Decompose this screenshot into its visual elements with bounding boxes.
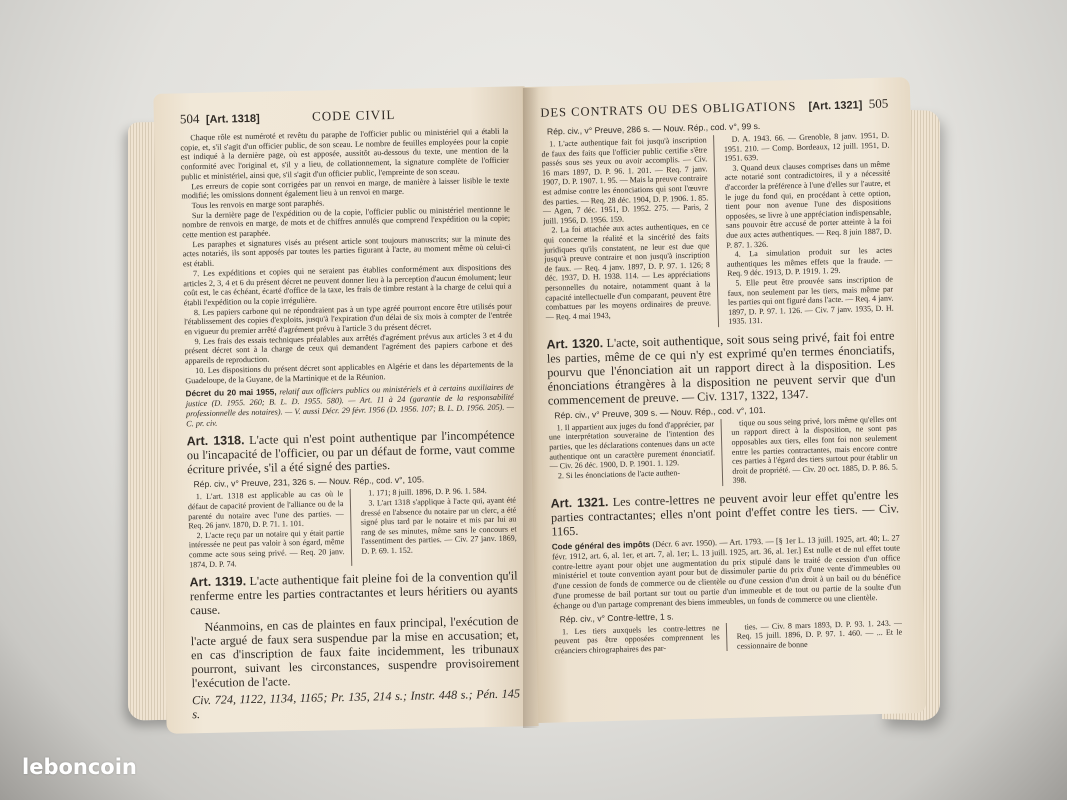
annotation: 1. L'art. 1318 est applicable au cas où … — [188, 490, 344, 532]
annotation: 1. Les tiers auxquels les contre-lettres… — [554, 623, 720, 656]
page-number: 504 — [180, 111, 200, 126]
left-page: 504 [Art. 1318] CODE CIVIL Chaque rôle e… — [153, 86, 538, 734]
leboncoin-watermark: leboncoin — [22, 755, 137, 779]
annotations-columns: 1. Les tiers auxquels les contre-lettres… — [554, 618, 903, 656]
open-book: 504 [Art. 1318] CODE CIVIL Chaque rôle e… — [118, 70, 948, 730]
annotation: 3. L'art 1318 s'applique à l'acte qui, a… — [360, 496, 517, 557]
decree-reference: Décret du 20 mai 1955, relatif aux offic… — [186, 383, 515, 429]
paragraph: Chaque rôle est numéroté et revêtu du pa… — [180, 127, 509, 182]
article-1318: Art. 1318. L'acte qui n'est point authen… — [186, 428, 515, 477]
article-tag: [Art. 1321] — [808, 99, 862, 112]
article-label: Art. 1319. — [189, 574, 246, 589]
article-label: Art. 1318. — [186, 434, 244, 449]
book-gutter — [523, 88, 539, 728]
annotation: 5. Elle peut être prouvée sans inscripti… — [727, 274, 894, 326]
article-1321: Art. 1321. Les contre-lettres ne peuvent… — [550, 487, 899, 538]
right-page: DES CONTRATS OU DES OBLIGATIONS [Art. 13… — [522, 77, 927, 723]
annotations-columns: 1. L'acte authentique fait foi jusqu'à i… — [541, 131, 894, 332]
annotation: ties. — Civ. 8 mars 1893, D. P. 93. 1. 2… — [736, 618, 902, 651]
article-tag: [Art. 1318] — [206, 113, 260, 126]
annotations-columns: 1. Il appartient aux juges du fond d'app… — [549, 414, 899, 490]
annotation: 1. L'acte authentique fait foi jusqu'à i… — [541, 135, 709, 226]
article-label: Art. 1320. — [546, 336, 603, 351]
right-page-header: DES CONTRATS OU DES OBLIGATIONS [Art. 13… — [540, 96, 888, 121]
annotation: 2. L'acte reçu par un notaire qui y étai… — [189, 528, 345, 570]
annotation: 4. La simulation produit sur les actes a… — [727, 246, 893, 279]
running-title: CODE CIVIL — [312, 107, 396, 125]
left-page-header: 504 [Art. 1318] CODE CIVIL — [180, 105, 508, 128]
decree-text: Chaque rôle est numéroté et revêtu du pa… — [180, 127, 513, 386]
paragraph: 7. Les expéditions et copies qui ne sera… — [183, 262, 512, 308]
article-1319: Art. 1319. L'acte authentique fait plein… — [189, 569, 518, 618]
annotation: 1. Il appartient aux juges du fond d'app… — [549, 419, 716, 471]
annotations-columns: 1. L'art. 1318 est applicable au cas où … — [188, 486, 518, 570]
page-number: 505 — [869, 96, 889, 112]
article-label: Art. 1321. — [550, 495, 608, 511]
article-1320: Art. 1320. L'acte, soit authentique, soi… — [546, 328, 896, 407]
annotation: 3. Quand deux clauses comprises dans un … — [724, 159, 892, 250]
annotation: 2. La foi attachée aux actes authentique… — [543, 222, 711, 322]
running-title: DES CONTRATS OU DES OBLIGATIONS — [540, 99, 796, 121]
article-cross-refs: Civ. 724, 1122, 1134, 1165; Pr. 135, 214… — [192, 687, 521, 722]
article-text-continued: Néanmoins, en cas de plaintes en faux pr… — [190, 614, 519, 691]
tax-code-reference: Code général des impôts (Décr. 6 avr. 19… — [552, 533, 902, 611]
annotation: D. A. 1943. 66. — Grenoble, 8 janv. 1951… — [724, 131, 890, 164]
annotation: tique ou sous seing privé, lors même qu'… — [731, 414, 898, 485]
